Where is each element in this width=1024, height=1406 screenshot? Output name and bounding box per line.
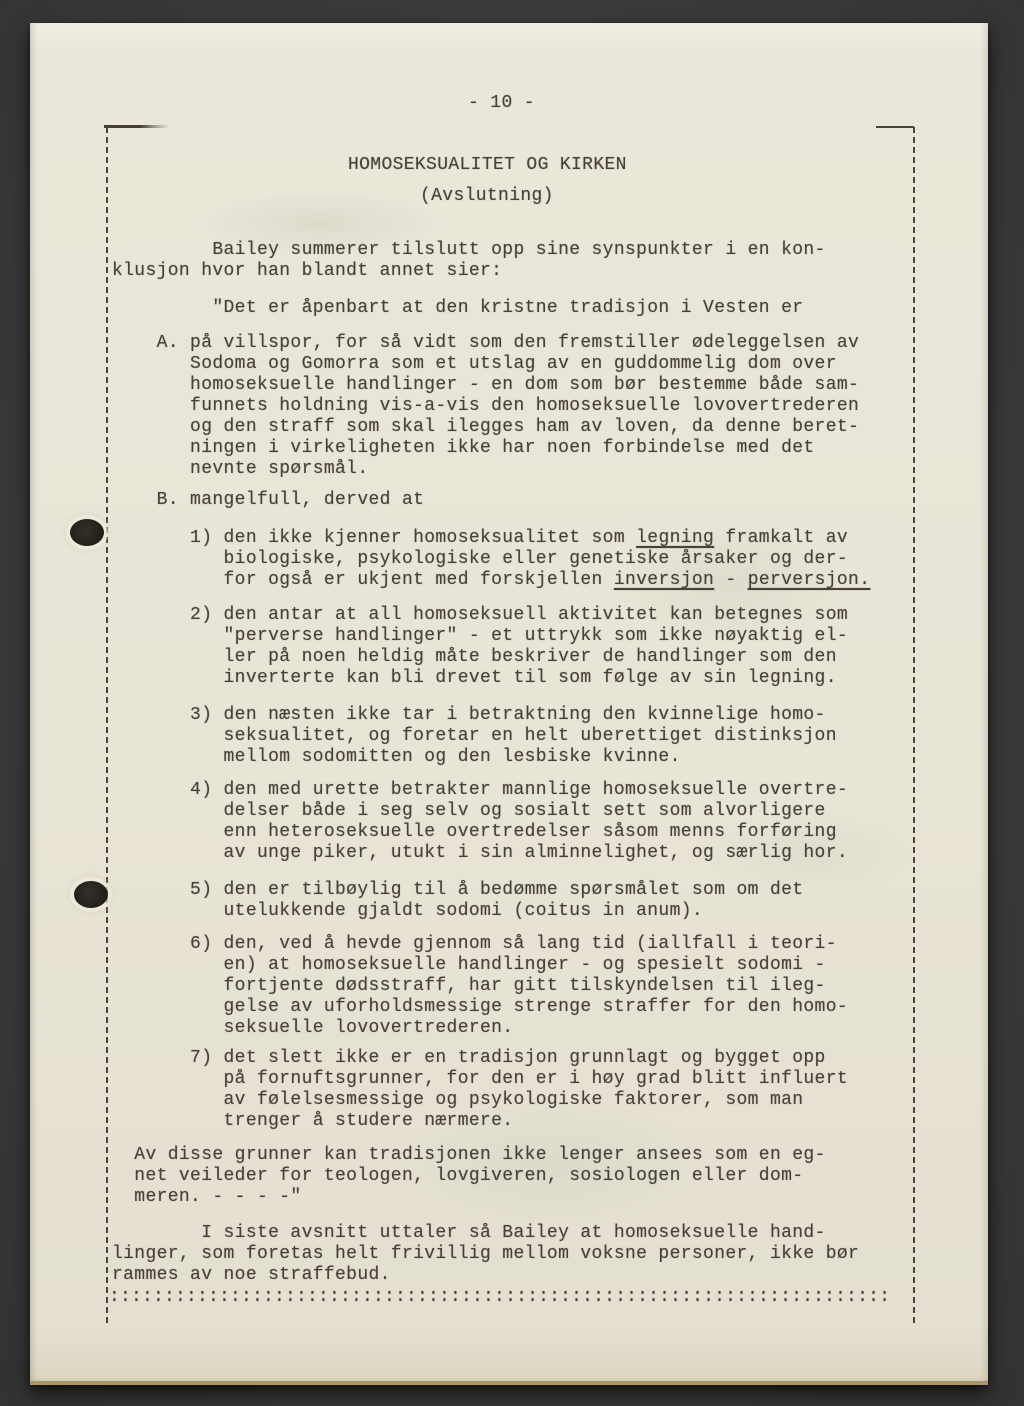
quote-opening-line: "Det er åpenbart at den kristne tradisjo… xyxy=(112,298,918,319)
list-item-2: 2) den antar at all homoseksuell aktivit… xyxy=(112,605,918,689)
closing-paragraph: Av disse grunner kan tradisjonen ikke le… xyxy=(112,1145,918,1208)
point-b: B. mangelfull, derved at xyxy=(112,490,918,511)
underlined-word-inversjon: inversjon xyxy=(614,570,714,590)
document-subtitle: (Avslutning) xyxy=(112,186,918,207)
list-item-3: 3) den næsten ikke tar i betraktning den… xyxy=(112,705,918,768)
list-item-5: 5) den er tilbøylig til å bedømme spørsm… xyxy=(112,880,918,922)
list-item-1: 1) den ikke kjenner homoseksualitet som … xyxy=(112,528,918,591)
point-a: A. på villspor, for så vidt som den frem… xyxy=(112,333,918,480)
list-item-4: 4) den med urette betrakter mannlige hom… xyxy=(112,780,918,864)
list-item-7: 7) det slett ikke er en tradisjon grunnl… xyxy=(112,1048,918,1132)
scanned-page: - 10 - HOMOSEKSUALITET OG KIRKEN (Avslut… xyxy=(30,23,988,1385)
document-title: HOMOSEKSUALITET OG KIRKEN xyxy=(112,155,918,176)
page-number: - 10 - xyxy=(468,93,535,114)
paragraph-intro: Bailey summerer tilslutt opp sine synspu… xyxy=(112,240,918,282)
typewritten-content: HOMOSEKSUALITET OG KIRKEN (Avslutning) B… xyxy=(112,127,918,1308)
underlined-word-perversjon: perversjon. xyxy=(748,570,871,590)
dotted-separator: ::::::::::::::::::::::::::::::::::::::::… xyxy=(109,1287,918,1308)
final-paragraph: I siste avsnitt uttaler så Bailey at hom… xyxy=(112,1223,918,1286)
list-item-6: 6) den, ved å hevde gjennom så lang tid … xyxy=(112,934,918,1039)
underlined-word-legning: legning xyxy=(636,528,714,548)
item-1-dash: - xyxy=(714,570,747,590)
item-1-text: 1) den ikke kjenner homoseksualitet som xyxy=(112,528,636,548)
punch-hole-top xyxy=(70,519,104,546)
frame-left-border xyxy=(106,127,108,1323)
punch-hole-bottom xyxy=(74,881,108,908)
